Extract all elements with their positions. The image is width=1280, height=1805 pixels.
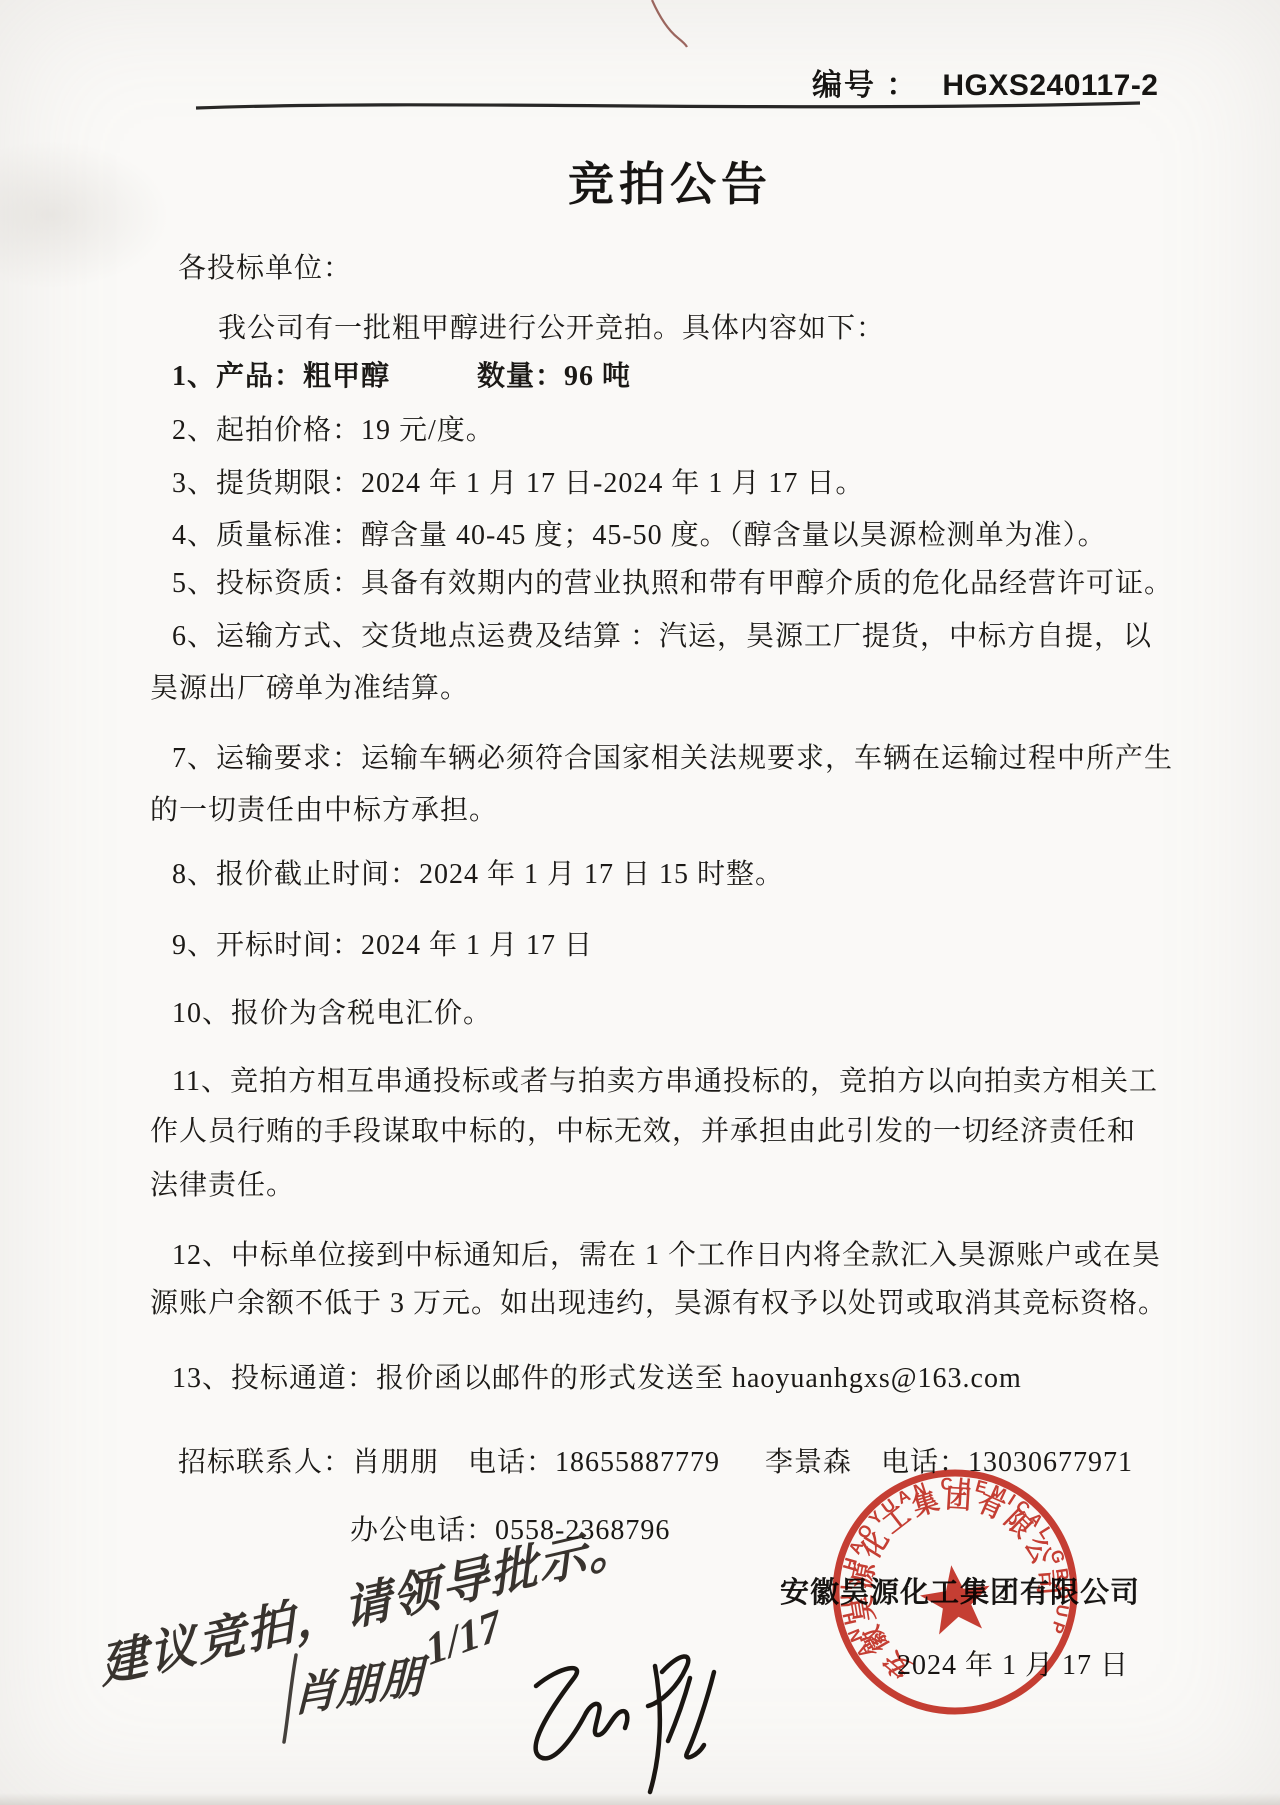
doc-line-item-2: 2、起拍价格：19 元/度。 [172, 408, 495, 448]
doc-line-item-7: 7、运输要求：运输车辆必须符合国家相关法规要求，车辆在运输过程中所产生 [172, 736, 1173, 776]
doc-line-item-11: 11、竞拍方相互串通投标或者与拍卖方串通投标的，竞拍方以向拍卖方相关工 [172, 1059, 1158, 1099]
salutation-line: 各投标单位： [178, 246, 352, 286]
contact-secondary: 李景森 电话：13030677971 [765, 1440, 1133, 1480]
doc-line-item-4: 4、质量标准：醇含量 40-45 度；45-50 度。（醇含量以昊源检测单为准）… [172, 513, 1107, 553]
document-number-label: 编号 ： [812, 60, 918, 104]
doc-line-item-11-cont2: 法律责任。 [150, 1163, 295, 1203]
intro-line: 我公司有一批粗甲醇进行公开竞拍。具体内容如下： [218, 306, 885, 346]
doc-line-item-6: 6、运输方式、交货地点运费及结算 ：汽运，昊源工厂提货，中标方自提，以 [172, 614, 1152, 654]
doc-line-item-13: 13、投标通道：报价函以邮件的形式发送至 haoyuanhgxs@163.com [172, 1356, 1022, 1396]
page-title: 竞拍公告 [568, 148, 772, 214]
doc-line-item-6-cont: 昊源出厂磅单为准结算。 [150, 666, 469, 706]
doc-line-item-1: 1、产品：粗甲醇 数量：96 吨 [172, 354, 631, 394]
seal-arc-text-en: ANHUI HAOYUAN CHEMICAL GROUP [821, 1459, 1080, 1671]
document-date: 2024 年 1 月 17 日 [897, 1643, 1129, 1683]
doc-line-item-7-cont: 的一切责任由中标方承担。 [150, 788, 498, 828]
scan-smudge-artifact [0, 140, 170, 290]
scan-edge-artifact [0, 1793, 1280, 1805]
scan-pen-artifact [652, 0, 687, 47]
doc-line-item-12: 12、中标单位接到中标通知后，需在 1 个工作日内将全款汇入昊源账户或在昊 [172, 1233, 1161, 1273]
handwritten-note-signer: 肖朋朋 [292, 1639, 424, 1725]
scanned-document-page: 编号 ： HGXS240117-2 竞拍公告 各投标单位： 我公司有一批粗甲醇进… [0, 0, 1280, 1805]
contact-primary: 招标联系人：肖朋朋 电话：18655887779 [178, 1440, 720, 1480]
document-number-row: 编号 ： HGXS240117-2 [812, 60, 1159, 104]
doc-line-item-5: 5、投标资质：具备有效期内的营业执照和带有甲醇介质的危化品经营许可证。 [172, 561, 1173, 601]
doc-line-item-9: 9、开标时间：2024 年 1 月 17 日 [172, 923, 593, 963]
document-number-value: HGXS240117-2 [942, 69, 1158, 103]
doc-line-item-12-cont: 源账户余额不低于 3 万元。如出现违约，昊源有权予以处罚或取消其竞标资格。 [150, 1281, 1167, 1321]
doc-line-item-11-cont: 作人员行贿的手段谋取中标的，中标无效，并承担由此引发的一切经济责任和 [150, 1109, 1136, 1149]
approval-signature [536, 1656, 714, 1792]
doc-line-item-8: 8、报价截止时间：2024 年 1 月 17 日 15 时整。 [172, 852, 784, 892]
doc-line-item-3: 3、提货期限：2024 年 1 月 17 日-2024 年 1 月 17 日。 [172, 461, 864, 501]
company-name: 安徽昊源化工集团有限公司 [780, 1570, 1140, 1611]
doc-line-item-10: 10、报价为含税电汇价。 [172, 991, 492, 1031]
